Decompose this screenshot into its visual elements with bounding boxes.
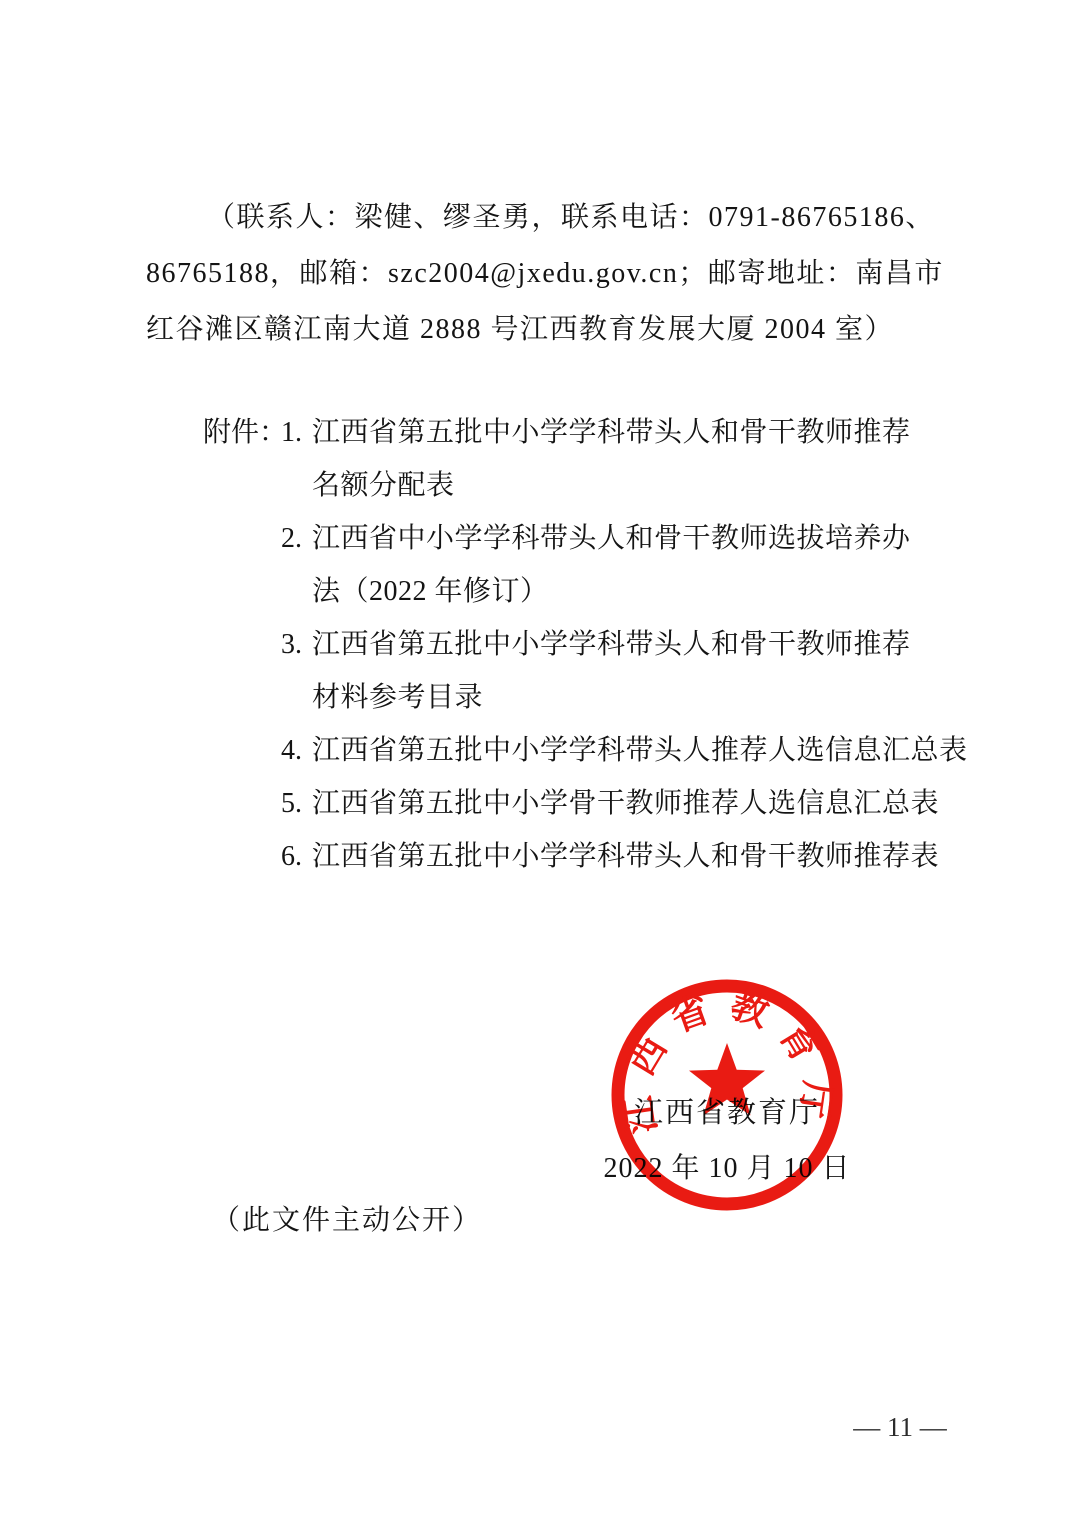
attachments-list: 1. 江西省第五批中小学学科带头人和骨干教师推荐 名额分配表 2. 江西省中小学… bbox=[281, 406, 968, 883]
attachment-title-line: 江西省第五批中小学骨干教师推荐人选信息汇总表 bbox=[312, 777, 968, 830]
attachment-item: 6. 江西省第五批中小学学科带头人和骨干教师推荐表 bbox=[281, 830, 968, 883]
attachment-item: 3. 江西省第五批中小学学科带头人和骨干教师推荐 材料参考目录 bbox=[281, 618, 968, 724]
attachment-number: 1. bbox=[281, 406, 312, 512]
attachment-number: 6. bbox=[281, 830, 312, 883]
attachment-number: 3. bbox=[281, 618, 312, 724]
attachment-number: 5. bbox=[281, 777, 312, 830]
disclosure-note: （此文件主动公开） bbox=[212, 1198, 482, 1238]
attachment-number: 2. bbox=[281, 512, 312, 618]
contact-line: （联系人：梁健、缪圣勇，联系电话：0791-86765186、 bbox=[146, 190, 932, 246]
page-number: — 11 — bbox=[845, 1412, 955, 1443]
contact-line: 86765188，邮箱：szc2004@jxedu.gov.cn；邮寄地址：南昌… bbox=[146, 246, 932, 302]
attachments-label: 附件： bbox=[203, 406, 281, 883]
document-page: （联系人：梁健、缪圣勇，联系电话：0791-86765186、 86765188… bbox=[0, 0, 1074, 1520]
attachment-title-line: 江西省第五批中小学学科带头人推荐人选信息汇总表 bbox=[312, 724, 968, 777]
attachment-item: 4. 江西省第五批中小学学科带头人推荐人选信息汇总表 bbox=[281, 724, 968, 777]
attachment-title-line: 法（2022 年修订） bbox=[312, 565, 968, 618]
seal-star-icon bbox=[689, 1043, 765, 1115]
attachment-title-line: 江西省第五批中小学学科带头人和骨干教师推荐 bbox=[312, 618, 968, 671]
attachment-title-line: 名额分配表 bbox=[312, 459, 968, 512]
attachment-item: 1. 江西省第五批中小学学科带头人和骨干教师推荐 名额分配表 bbox=[281, 406, 968, 512]
attachment-number: 4. bbox=[281, 724, 312, 777]
attachment-item: 5. 江西省第五批中小学骨干教师推荐人选信息汇总表 bbox=[281, 777, 968, 830]
official-seal: 江西省教育厅 bbox=[607, 975, 847, 1215]
contact-paragraph: （联系人：梁健、缪圣勇，联系电话：0791-86765186、 86765188… bbox=[146, 190, 932, 358]
attachment-title-line: 材料参考目录 bbox=[312, 671, 968, 724]
attachment-title-line: 江西省中小学学科带头人和骨干教师选拔培养办 bbox=[312, 512, 968, 565]
attachment-item: 2. 江西省中小学学科带头人和骨干教师选拔培养办 法（2022 年修订） bbox=[281, 512, 968, 618]
document-body: （联系人：梁健、缪圣勇，联系电话：0791-86765186、 86765188… bbox=[146, 190, 932, 883]
attachments-section: 附件： 1. 江西省第五批中小学学科带头人和骨干教师推荐 名额分配表 2. 江西… bbox=[146, 406, 932, 883]
attachment-title-line: 江西省第五批中小学学科带头人和骨干教师推荐表 bbox=[312, 830, 968, 883]
attachment-title-line: 江西省第五批中小学学科带头人和骨干教师推荐 bbox=[312, 406, 968, 459]
contact-line: 红谷滩区赣江南大道 2888 号江西教育发展大厦 2004 室） bbox=[146, 302, 932, 358]
